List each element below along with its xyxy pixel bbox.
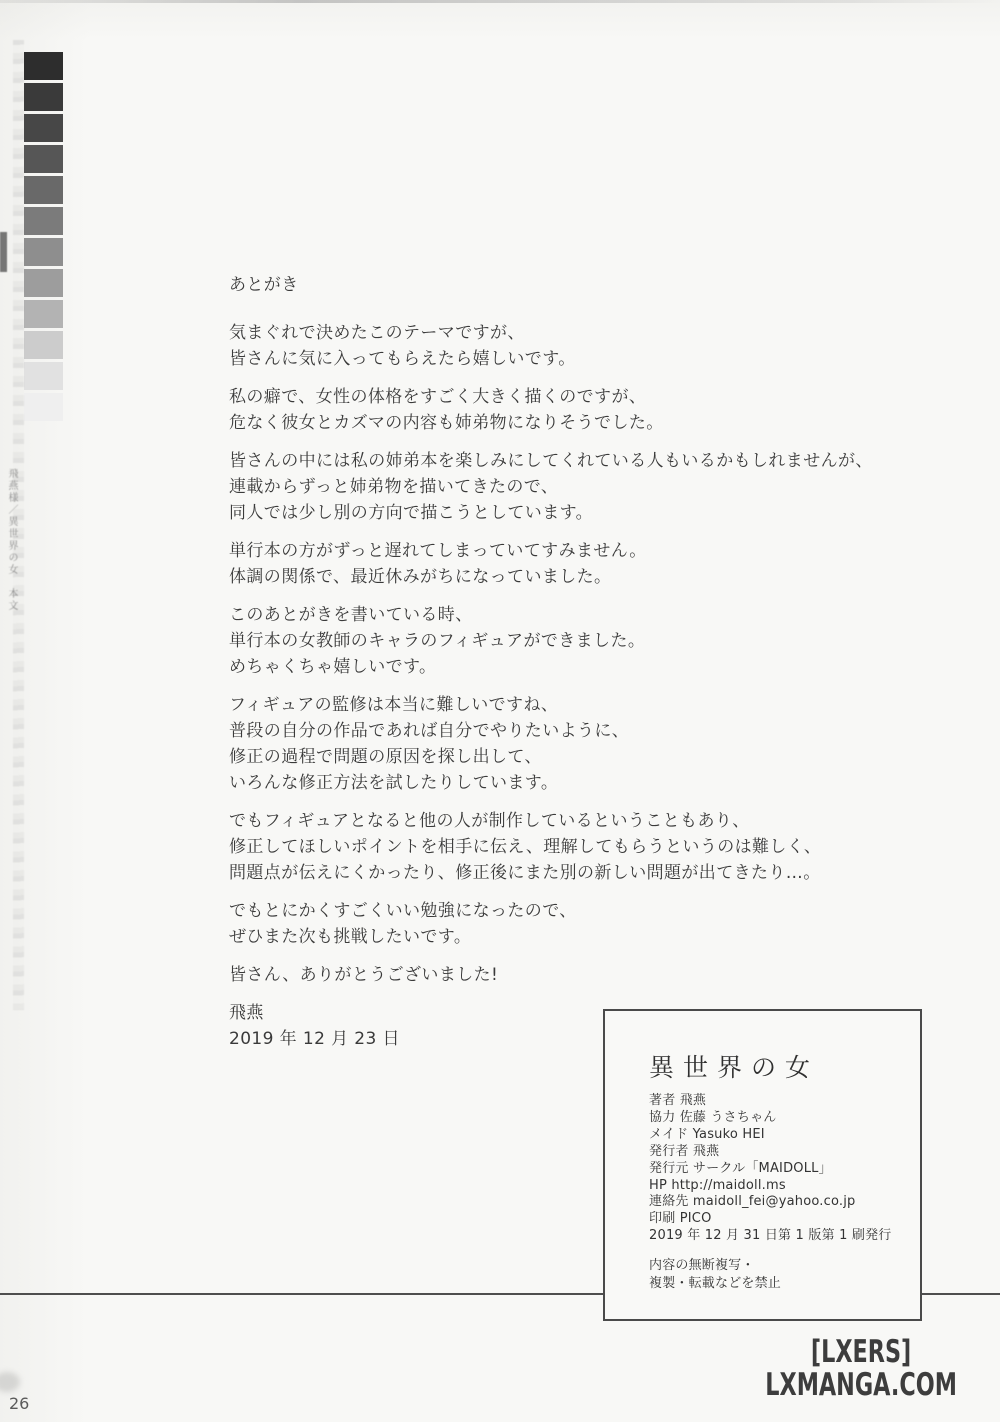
- afterword-paragraph: フィギュアの監修は本当に難しいですね、 普段の自分の作品であれば自分でやりたいよ…: [229, 692, 919, 796]
- afterword-paragraph: 皆さんの中には私の姉弟本を楽しみにしてくれている人もいるかもしれませんが、 連載…: [229, 448, 919, 526]
- site-watermark: [LXERS] LXMANGA.COM: [728, 1336, 994, 1402]
- grayscale-step: [24, 83, 63, 111]
- grayscale-step: [24, 114, 63, 142]
- watermark-site-url: LXMANGA.COM: [765, 1369, 957, 1402]
- afterword-paragraph: 単行本の方がずっと遅れてしまっていてすみません。 体調の関係で、最近休みがちにな…: [229, 538, 919, 590]
- afterword-paragraph: 私の癖で、女性の体格をすごく大きく描くのですが、 危なく彼女とカズマの内容も姉弟…: [229, 384, 919, 436]
- grayscale-step: [24, 331, 63, 359]
- page-number: 26: [9, 1394, 29, 1413]
- scan-corner-smudge: [0, 1372, 20, 1392]
- watermark-group-name: [LXERS]: [765, 1336, 957, 1369]
- colophon-box: 異世界の女 著者 飛燕 協力 佐藤 うさちゃん メイド Yasuko HEI 発…: [603, 1009, 922, 1321]
- grayscale-step: [24, 176, 63, 204]
- grayscale-step: [24, 52, 63, 80]
- grayscale-step: [24, 393, 63, 421]
- grayscale-step: [24, 269, 63, 297]
- grayscale-step: [24, 238, 63, 266]
- afterword-text-block: あとがき 気まぐれで決めたこのテーマですが、 皆さんに気に入ってもらえたら嬉しい…: [229, 272, 919, 1052]
- scan-top-edge: [0, 0, 1000, 3]
- afterword-paragraph: 皆さん、ありがとうございました!: [229, 962, 919, 988]
- grayscale-step: [24, 145, 63, 173]
- afterword-paragraph: このあとがきを書いている時、 単行本の女教師のキャラのフィギュアができました。 …: [229, 602, 919, 680]
- grayscale-calibration-strip: [24, 52, 63, 424]
- copyright-notice: 内容の無断複写・ 複製・転載などを禁止: [649, 1257, 920, 1292]
- afterword-paragraph: でもフィギュアとなると他の人が制作しているということもあり、 修正してほしいポイ…: [229, 808, 919, 886]
- scan-edge-mark: [0, 232, 7, 272]
- colophon-title: 異世界の女: [649, 1048, 920, 1084]
- grayscale-step: [24, 300, 63, 328]
- grayscale-step: [24, 362, 63, 390]
- afterword-paragraph: 気まぐれで決めたこのテーマですが、 皆さんに気に入ってもらえたら嬉しいです。: [229, 320, 919, 372]
- grayscale-step: [24, 207, 63, 235]
- afterword-paragraph: でもとにかくすごくいい勉強になったので、 ぜひまた次も挑戦したいです。: [229, 898, 919, 950]
- printer-slug-text: 飛燕様／異世界の女 本文: [4, 468, 19, 612]
- afterword-heading: あとがき: [229, 272, 919, 298]
- colophon-credits: 著者 飛燕 協力 佐藤 うさちゃん メイド Yasuko HEI 発行者 飛燕 …: [649, 1093, 920, 1245]
